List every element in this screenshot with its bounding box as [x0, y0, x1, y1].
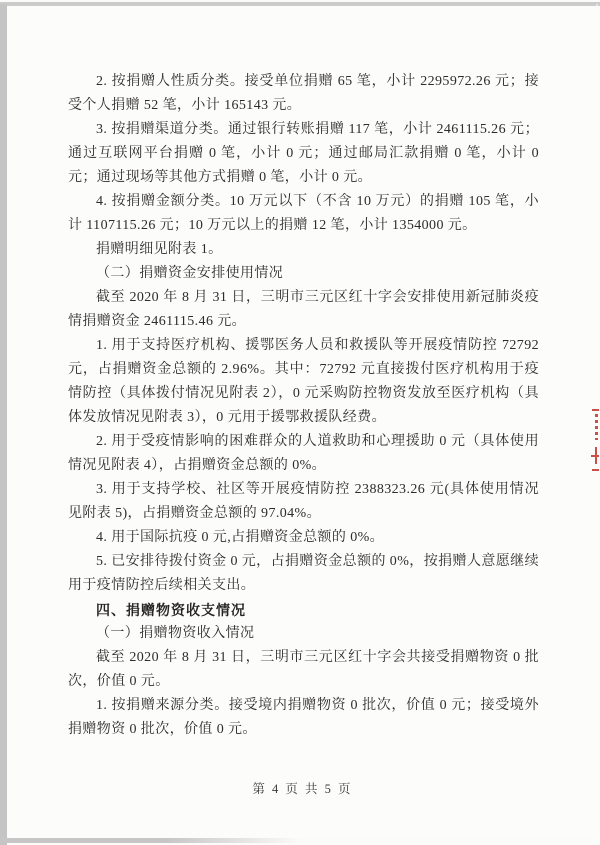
paragraph-usage-item-5: 5. 已安排待拨付资金 0 元，占捐赠资金总额的 0%，按捐赠人意愿继续用于疫情…	[68, 550, 539, 598]
paragraph-usage-item-4: 4. 用于国际抗疫 0 元,占捐赠资金总额的 0%。	[68, 526, 539, 550]
red-mark-cross-bar	[591, 455, 599, 457]
paragraph-donation-by-channel: 3. 按捐赠渠道分类。通过银行转账捐赠 117 笔，小计 2461115.26 …	[68, 118, 539, 190]
scan-edge-bottom	[0, 838, 300, 843]
page-number: 第 4 页 共 5 页	[7, 779, 598, 797]
red-mark-dash-bottom	[592, 469, 599, 471]
scanned-document: { "colors": { "backdrop": "#c4c4c4", "pa…	[0, 0, 600, 845]
red-mark-dotted-stroke	[595, 414, 598, 440]
paragraph-fund-usage-intro: 截至 2020 年 8 月 31 日，三明市三元区红十字会安排使用新冠肺炎疫情捐…	[68, 286, 539, 334]
paragraph-usage-item-1: 1. 用于支持医疗机构、援鄂医务人员和救援队等开展疫情防控 72792 元，占捐…	[68, 334, 539, 430]
paragraph-detail-reference: 捐赠明细见附表 1。	[68, 238, 539, 262]
red-mark-dash-top	[592, 409, 599, 411]
document-body: 2. 按捐赠人性质分类。接受单位捐赠 65 笔，小计 2295972.26 元；…	[68, 70, 539, 742]
subsection-heading-fund-usage: （二）捐赠资金安排使用情况	[68, 262, 539, 286]
paragraph-materials-by-source: 1. 按捐赠来源分类。接受境内捐赠物资 0 批次，价值 0 元；接受境外捐赠物资…	[68, 694, 539, 742]
section-heading-materials: 四、捐赠物资收支情况	[68, 598, 539, 622]
subsection-heading-materials-income: （一）捐赠物资收入情况	[68, 622, 539, 646]
paragraph-usage-item-3: 3. 用于支持学校、社区等开展疫情防控 2388323.26 元(具体使用情况见…	[68, 478, 539, 526]
paragraph-donation-by-amount: 4. 按捐赠金额分类。10 万元以下（不含 10 万元）的捐赠 105 笔，小计…	[68, 190, 539, 238]
paragraph-donation-by-donor-type: 2. 按捐赠人性质分类。接受单位捐赠 65 笔，小计 2295972.26 元；…	[68, 70, 539, 118]
paragraph-materials-intro: 截至 2020 年 8 月 31 日，三明市三元区红十字会共接受捐赠物资 0 批…	[68, 646, 539, 694]
scan-edge-left	[0, 4, 7, 845]
document-page: 2. 按捐赠人性质分类。接受单位捐赠 65 笔，小计 2295972.26 元；…	[7, 6, 598, 838]
paragraph-usage-item-2: 2. 用于受疫情影响的困难群众的人道救助和心理援助 0 元（具体使用情况见附表 …	[68, 430, 539, 478]
